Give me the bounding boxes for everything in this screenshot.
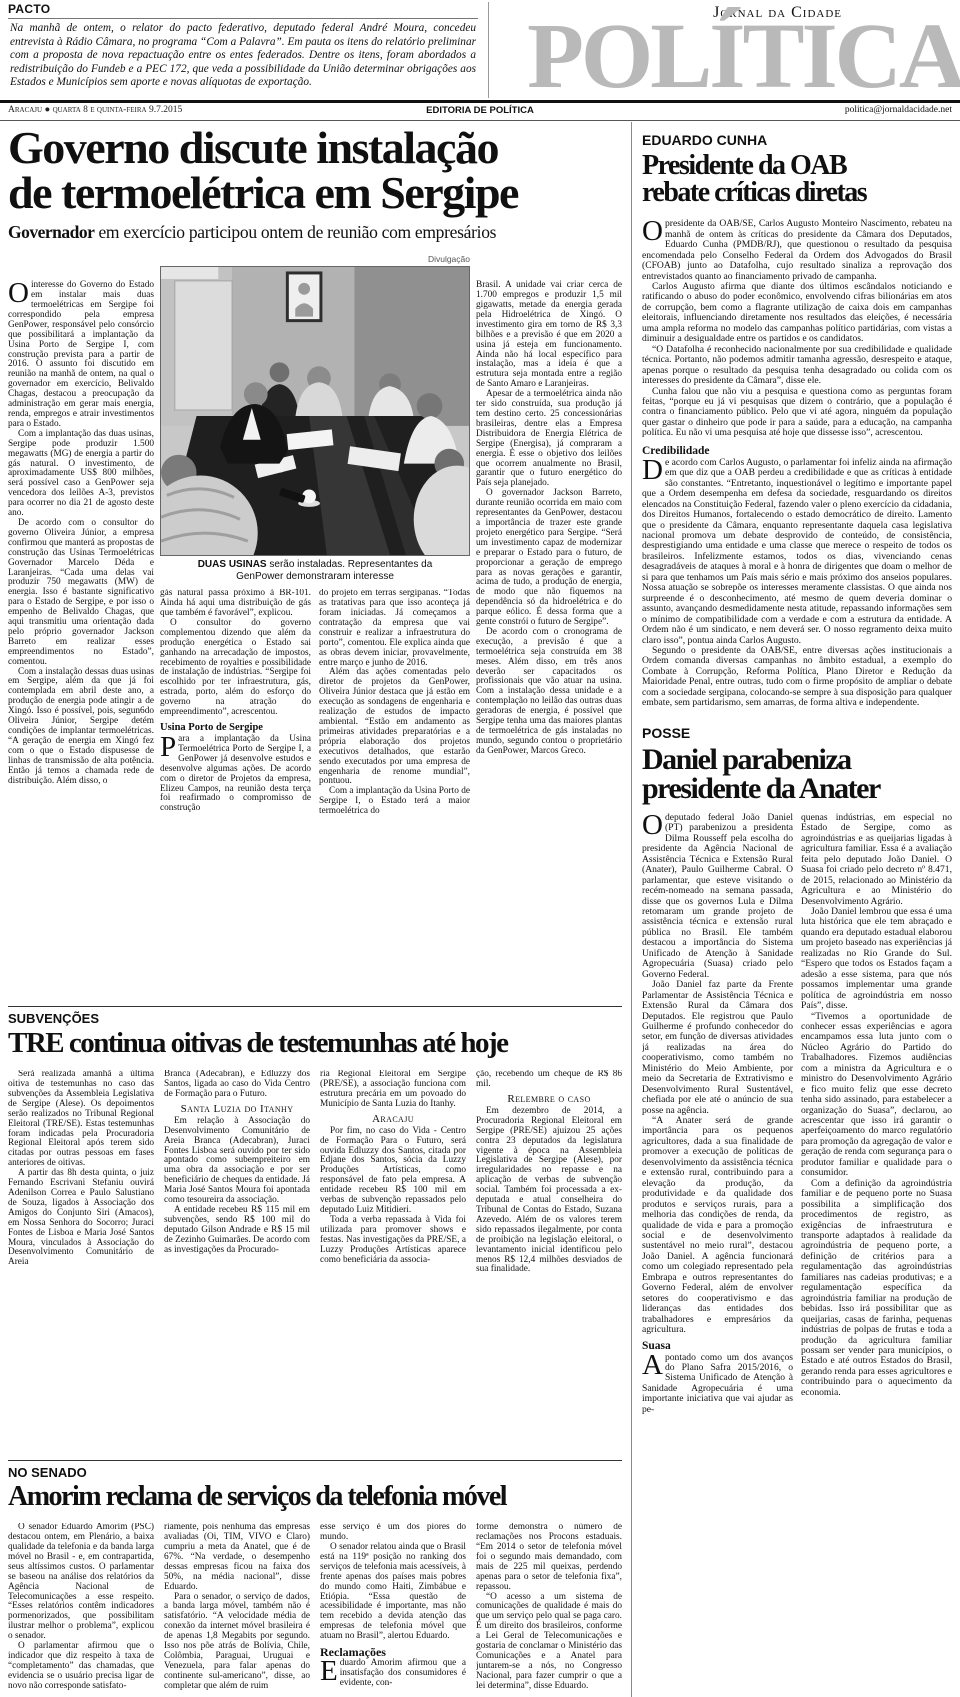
posse-headline: Daniel parabeniza presidente da Anater	[642, 745, 952, 803]
senado-column-2: riamente, pois nenhuma das empresas aval…	[164, 1523, 310, 1691]
subvencoes-column-1: Será realizada amanhã a última oitiva de…	[8, 1070, 154, 1442]
meeting-photo-illustration	[161, 267, 469, 555]
photo-caption-lead: DUAS USINAS	[198, 559, 267, 570]
paragraph: O senador Eduardo Amorim (PSC) destacou …	[8, 1523, 154, 1642]
photo-caption: DUAS USINAS serão instaladas. Representa…	[190, 559, 440, 583]
subvencoes-article: SUBVENÇÕES TRE continua oitivas de teste…	[8, 1006, 622, 1442]
lead-headline: Governo discute instalação de termoelétr…	[8, 126, 622, 215]
column-divider	[631, 122, 632, 1697]
subvencoes-column-4: ção, recebendo um cheque de R$ 86 mil. R…	[476, 1070, 622, 1442]
paragraph: De acordo com o consultor do governo Oli…	[8, 519, 154, 668]
paragraph: Para a implantação da Usina Termoelétric…	[160, 735, 311, 814]
lead-body: O interesse do Governo do Estado em inst…	[8, 255, 622, 960]
oab-body: O presidente da OAB/SE, Carlos Augusto M…	[642, 219, 952, 708]
paragraph: A entidade recebeu R$ 115 mil em subvenç…	[164, 1206, 310, 1256]
paragraph: João Daniel lembrou que essa é uma luta …	[801, 907, 952, 1012]
paragraph: Para o senador, o serviço de dados, a ba…	[164, 1593, 310, 1692]
lead-inline-subhead: Usina Porto de Sergipe	[160, 722, 311, 734]
posse-body: O deputado federal João Daniel (PT) para…	[642, 813, 952, 1613]
posse-headline-line2: presidente da Anater	[642, 774, 952, 803]
paragraph: O senador relatou ainda que o Brasil est…	[320, 1543, 466, 1642]
paragraph: Em relação à Associação do Desenvolvimen…	[164, 1117, 310, 1206]
subvencoes-kicker: SUBVENÇÕES	[8, 1011, 622, 1026]
lead-subhead-bold: Governador	[8, 222, 94, 242]
senado-article: NO SENADO Amorim reclama de serviços da …	[8, 1460, 622, 1691]
contact-email: politica@jornaldacidade.net	[845, 105, 952, 115]
paragraph: riamente, pois nenhuma das empresas aval…	[164, 1523, 310, 1592]
paragraph: João Daniel faz parte da Frente Parlamen…	[642, 980, 793, 1116]
paragraph: Branca (Adecabran), e Edluzzy dos Santos…	[164, 1070, 310, 1100]
pacto-kicker: PACTO	[8, 2, 478, 16]
dateline-row: Aracaju ● quarta 8 e quinta-feira 9.7.20…	[8, 105, 952, 118]
subvencoes-headline: TRE continua oitivas de testemunhas até …	[8, 1029, 622, 1057]
lead-mid-columns: gás natural passa próximo à BR-101. Aind…	[160, 589, 470, 960]
senado-column-4: forme demonstra o número de reclamações …	[476, 1523, 622, 1691]
paragraph: Além das ações comentadas pelo diretor d…	[319, 668, 470, 787]
paragraph: O interesse do Governo do Estado em inst…	[8, 281, 154, 430]
paragraph: Eduardo Amorim afirmou que a insatisfaçã…	[320, 1659, 466, 1689]
oab-article: EDUARDO CUNHA Presidente da OAB rebate c…	[642, 132, 952, 709]
posse-kicker: POSSE	[642, 725, 952, 741]
section-rule	[8, 1006, 622, 1007]
paragraph: “A Anater será de grande importância par…	[642, 1116, 793, 1336]
paragraph: Com a definição da agroindústria familia…	[801, 1179, 952, 1399]
paragraph: Cunha falou que não viu a pesquisa e que…	[642, 387, 952, 439]
section-rule	[8, 1460, 622, 1461]
lead-subhead: Governador em exercício participou ontem…	[8, 222, 622, 243]
subvencoes-column-3: ria Regional Eleitoral em Sergipe (PRE/S…	[320, 1070, 466, 1442]
paragraph: De acordo com o cronograma de execução, …	[476, 628, 622, 757]
paragraph: Apontado como um dos avanços do Plano Sa…	[642, 1353, 793, 1416]
paragraph: Toda a verba repassada à Vida foi utiliz…	[320, 1216, 466, 1266]
section-title: POLÍTICA	[527, 10, 960, 103]
paragraph: “O Datafolha é reconhecido nacionalmente…	[642, 345, 952, 387]
posse-column-2: quenas indústrias, em especial no Estado…	[801, 813, 952, 1613]
lead-article: Governo discute instalação de termoelétr…	[8, 124, 622, 960]
paragraph: do projeto em terras sergipanas. “Todas …	[319, 589, 470, 668]
photo-credit: Divulgação	[160, 255, 470, 266]
lead-subhead-rest: em exercício participou ontem de reunião…	[94, 222, 496, 242]
lead-headline-line1: Governo discute instalação	[8, 126, 622, 171]
editoria-label: EDITORIA DE POLÍTICA	[8, 105, 952, 116]
oab-headline-line2: rebate críticas diretas	[642, 179, 952, 206]
newspaper-page: PACTO Na manhã de ontem, o relator do pa…	[0, 0, 960, 1697]
sidebar: EDUARDO CUNHA Presidente da OAB rebate c…	[642, 124, 952, 1697]
posse-column-1: O deputado federal João Daniel (PT) para…	[642, 813, 793, 1613]
dateline-rule	[0, 120, 960, 121]
pacto-text: Na manhã de ontem, o relator do pacto fe…	[8, 18, 478, 90]
paragraph: O deputado federal João Daniel (PT) para…	[642, 813, 793, 980]
paragraph: O governador Jackson Barreto, durante re…	[476, 489, 622, 628]
lead-photo-block: Divulgação	[160, 255, 470, 960]
senado-column-3: esse serviço é um dos piores do mundo. O…	[320, 1523, 466, 1691]
lead-column-3: do projeto em terras sergipanas. “Todas …	[319, 589, 470, 960]
masthead-rule	[0, 100, 960, 103]
paragraph: Por fim, no caso do Vida - Centro de For…	[320, 1127, 466, 1216]
oab-subhead-credibilidade: Credibilidade	[642, 445, 952, 457]
subvencoes-body: Será realizada amanhã a última oitiva de…	[8, 1070, 622, 1442]
paragraph: ção, recebendo um cheque de R$ 86 mil.	[476, 1070, 622, 1090]
senado-body: O senador Eduardo Amorim (PSC) destacou …	[8, 1523, 622, 1691]
pacto-box: PACTO Na manhã de ontem, o relator do pa…	[8, 2, 489, 98]
paragraph: Com a implantação da Usina Porto de Serg…	[319, 787, 470, 817]
paragraph: Brasil. A unidade vai criar cerca de 1.7…	[476, 281, 622, 390]
lead-column-1: O interesse do Governo do Estado em inst…	[8, 255, 154, 960]
subvencoes-subhead-santa-luzia: Santa Luzia do Itanhy	[164, 1104, 310, 1115]
lead-headline-line2: de termoelétrica em Sergipe	[8, 171, 622, 216]
paragraph: O presidente da OAB/SE, Carlos Augusto M…	[642, 219, 952, 282]
paragraph: Com a implantação das duas usinas, Sergi…	[8, 430, 154, 519]
paragraph: gás natural passa próximo à BR-101. Aind…	[160, 589, 311, 619]
paragraph: De acordo com Carlos Augusto, o parlamen…	[642, 458, 952, 646]
paragraph: O consultor do governo complementou dize…	[160, 619, 311, 718]
oab-headline: Presidente da OAB rebate críticas direta…	[642, 152, 952, 206]
paragraph: quenas indústrias, em especial no Estado…	[801, 813, 952, 907]
subvencoes-column-2: Branca (Adecabran), e Edluzzy dos Santos…	[164, 1070, 310, 1442]
senado-subhead-reclamacoes: Reclamações	[320, 1646, 466, 1658]
senado-column-1: O senador Eduardo Amorim (PSC) destacou …	[8, 1523, 154, 1691]
oab-headline-line1: Presidente da OAB	[642, 152, 952, 179]
posse-article: POSSE Daniel parabeniza presidente da An…	[642, 725, 952, 1613]
paragraph: esse serviço é um dos piores do mundo.	[320, 1523, 466, 1543]
paragraph: Com a instalação dessas duas usinas em S…	[8, 668, 154, 787]
paragraph: “O acesso a um sistema de comunicações d…	[476, 1593, 622, 1692]
paragraph: Em dezembro de 2014, a Procuradoria Regi…	[476, 1107, 622, 1275]
paragraph: Será realizada amanhã a última oitiva de…	[8, 1070, 154, 1169]
paragraph: “Tivemos a oportunidade de conhecer essa…	[801, 1012, 952, 1179]
senado-kicker: NO SENADO	[8, 1465, 622, 1480]
paragraph: ria Regional Eleitoral em Sergipe (PRE/S…	[320, 1070, 466, 1110]
lead-column-4: Brasil. A unidade vai criar cerca de 1.7…	[476, 255, 622, 960]
meeting-photo	[160, 266, 470, 556]
senado-headline: Amorim reclama de serviços da telefonia …	[8, 1483, 622, 1510]
paragraph: Apesar de a termoelétrica ainda não ter …	[476, 390, 622, 489]
posse-headline-line1: Daniel parabeniza	[642, 745, 952, 774]
paragraph: Carlos Augusto afirma que diante dos últ…	[642, 282, 952, 345]
posse-subhead-suasa: Suasa	[642, 1340, 793, 1352]
paragraph: A partir das 8h desta quinta, o juiz Fer…	[8, 1169, 154, 1268]
lead-column-2: gás natural passa próximo à BR-101. Aind…	[160, 589, 311, 960]
subvencoes-subhead-relembre: Relembre o caso	[476, 1094, 622, 1105]
paragraph: O parlamentar afirmou que o indicador qu…	[8, 1642, 154, 1691]
subvencoes-subhead-aracaju: Aracaju	[320, 1114, 466, 1125]
oab-kicker: EDUARDO CUNHA	[642, 132, 952, 148]
paragraph: Segundo o presidente da OAB/SE, entre di…	[642, 646, 952, 709]
paragraph: forme demonstra o número de reclamações …	[476, 1523, 622, 1592]
